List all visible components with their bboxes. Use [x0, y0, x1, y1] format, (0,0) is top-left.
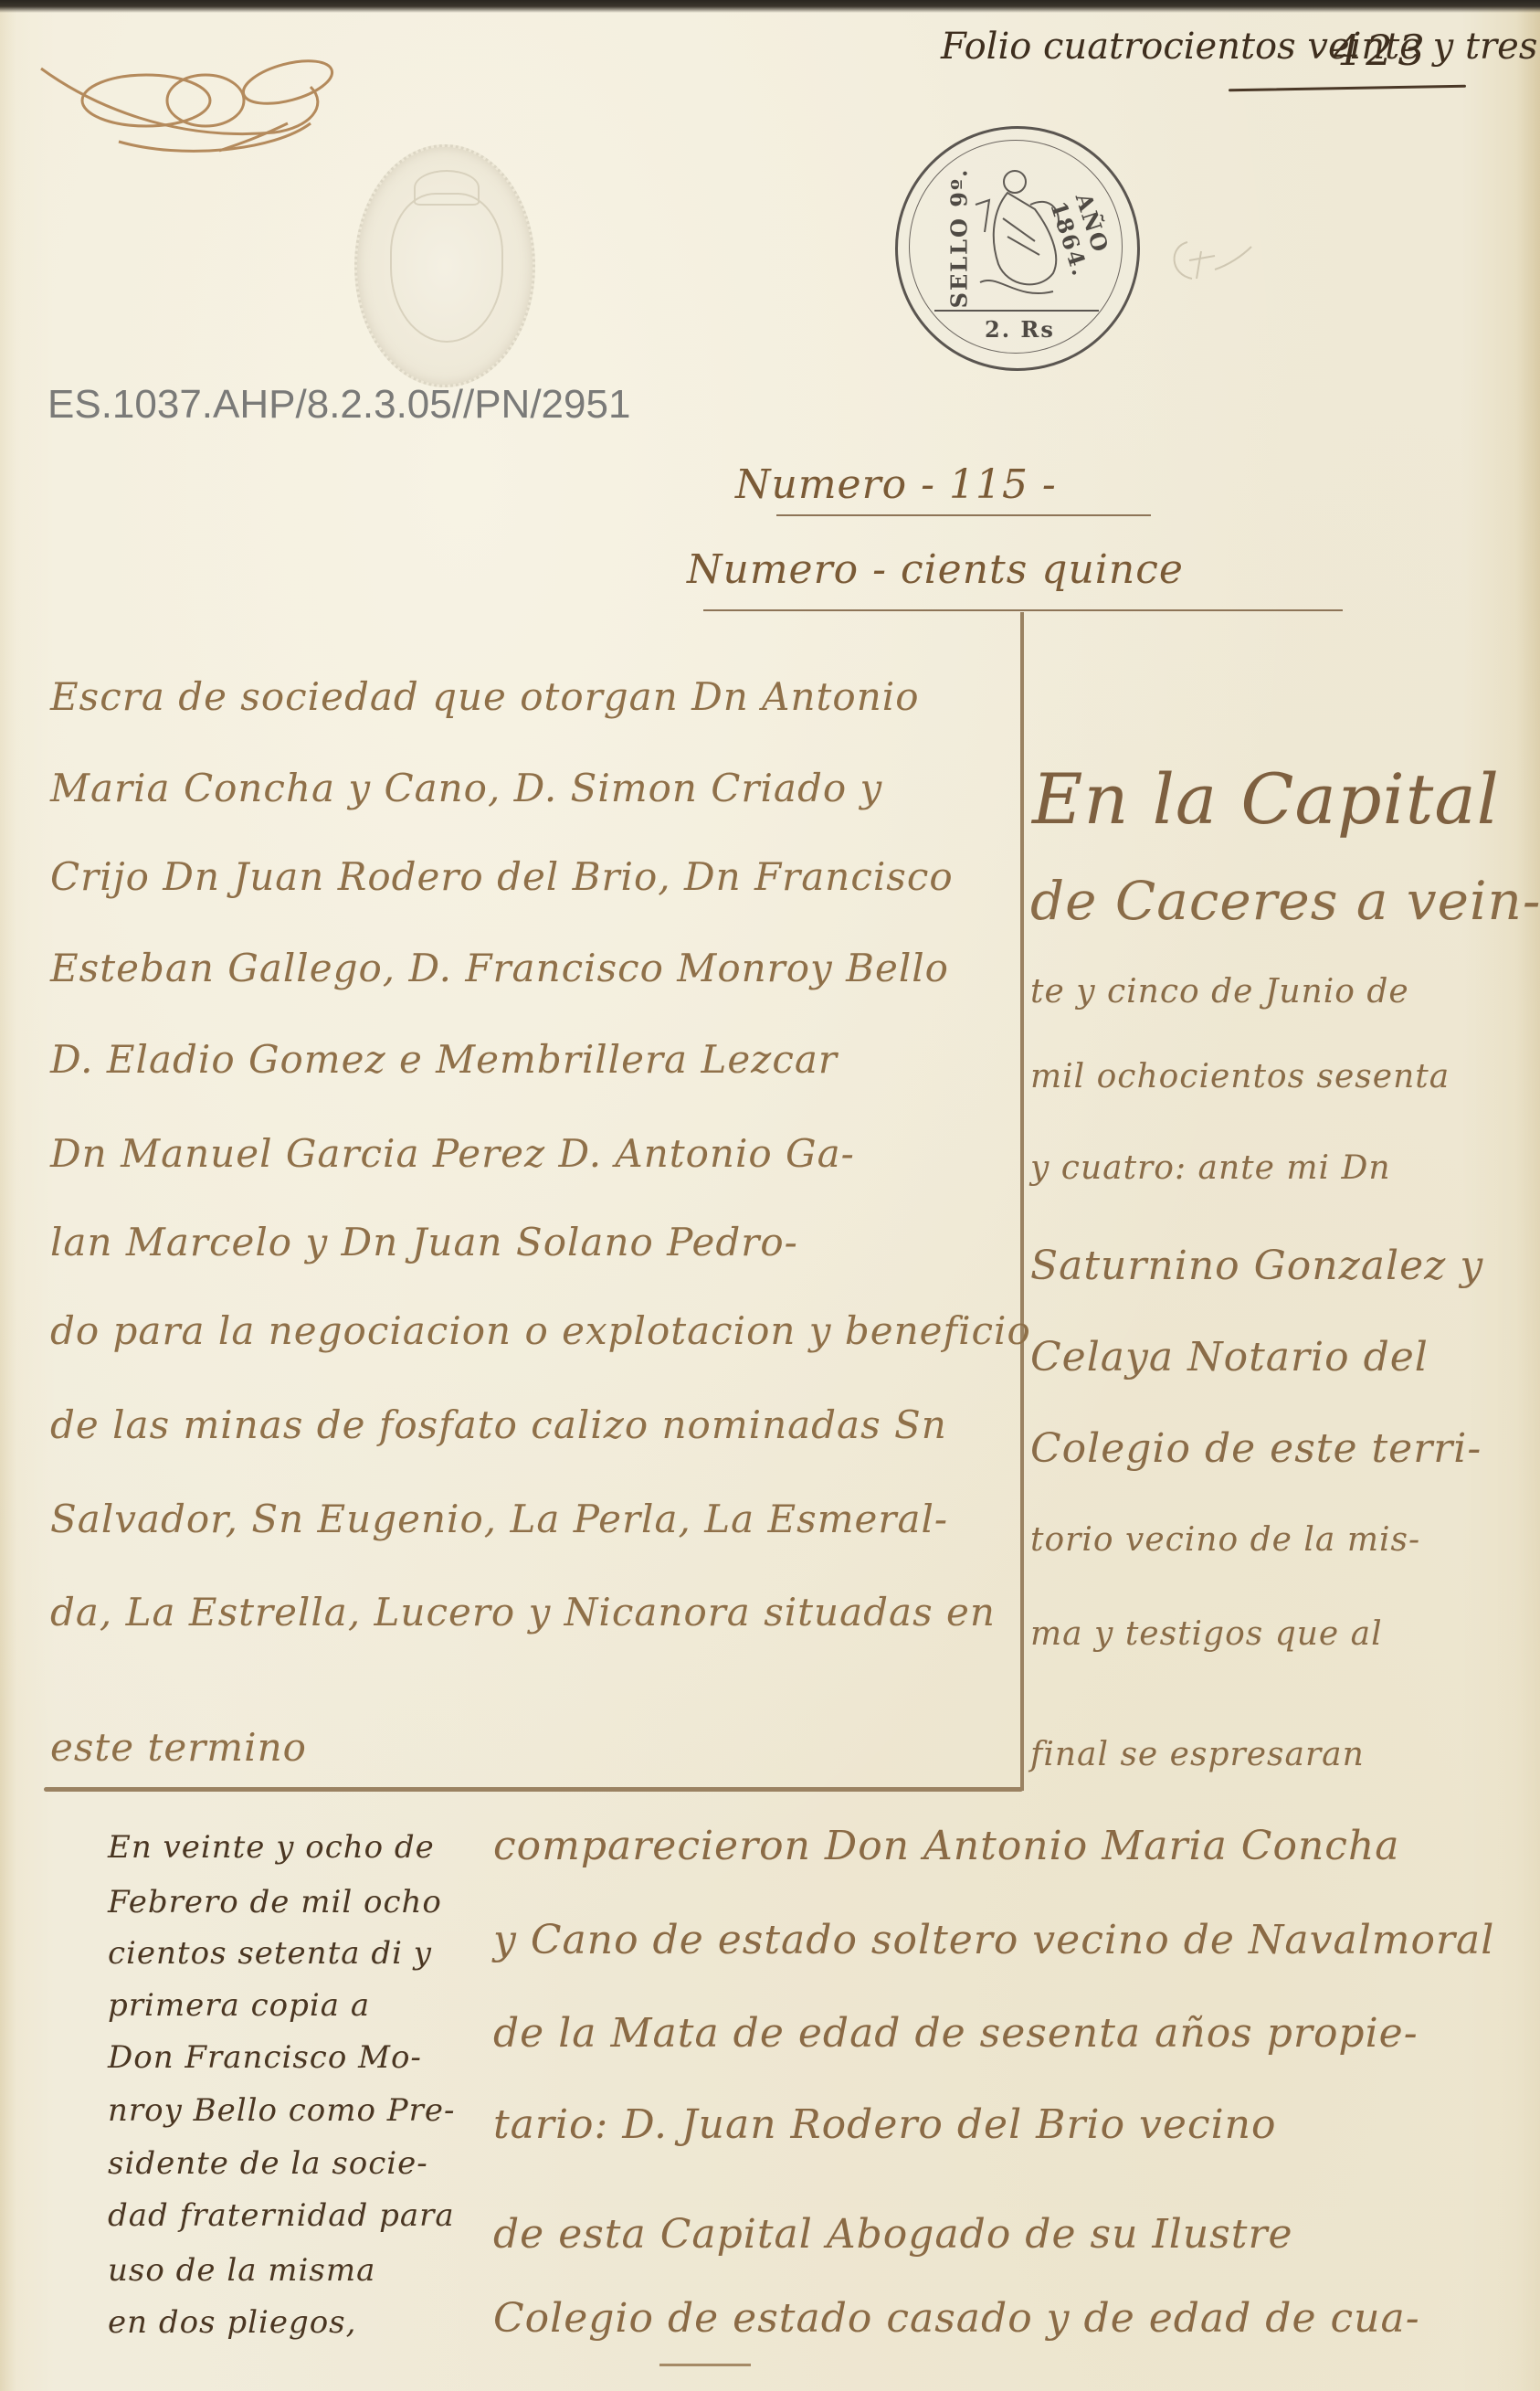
margin-note-line: nroy Bello como Pre- — [108, 2092, 456, 2129]
right-column-line: En la Capital — [1032, 758, 1500, 840]
margin-note-line: en dos pliegos, — [108, 2304, 356, 2341]
summary-line: Dn Manuel Garcia Perez D. Antonio Ga- — [50, 1131, 855, 1176]
body-line: tario: D. Juan Rodero del Brio vecino — [493, 2101, 1277, 2148]
margin-note-line: primera copia a — [108, 1987, 370, 2024]
right-column-line: final se espresaran — [1030, 1736, 1365, 1773]
margin-note-line: Don Francisco Mo- — [108, 2039, 422, 2076]
coat-of-arms-emboss-icon — [390, 193, 503, 343]
scan-top-edge — [0, 0, 1540, 13]
right-column-line: Saturnino Gonzalez y — [1030, 1243, 1483, 1289]
summary-box-bottom-rule — [44, 1787, 1023, 1792]
tax-stamp: SELLO 9º. AÑO 1864. 2. Rs — [895, 126, 1140, 371]
right-column-line: Colegio de este terri- — [1030, 1425, 1482, 1472]
numero-figures-underline — [776, 514, 1151, 516]
right-column-line: torio vecino de la mis- — [1030, 1521, 1420, 1559]
notary-flourish-icon — [37, 50, 338, 169]
stamp-value-text: 2. Rs — [985, 316, 1055, 343]
body-line: y Cano de estado soltero vecino de Naval… — [493, 1917, 1494, 1963]
embossed-royal-seal — [354, 144, 535, 387]
summary-line: do para la negociacion o explotacion y b… — [50, 1308, 1031, 1353]
folio-underline — [1229, 85, 1466, 92]
margin-note-line: dad fraternidad para — [108, 2197, 455, 2234]
numero-words-underline — [703, 609, 1343, 611]
summary-line: Escra de sociedad que otorgan Dn Antonio — [50, 674, 920, 719]
margin-note-line: cientos setenta di y — [108, 1935, 432, 1972]
margin-note-line: Febrero de mil ocho — [108, 1884, 442, 1920]
body-line: de esta Capital Abogado de su Ilustre — [493, 2211, 1293, 2258]
summary-line: Esteban Gallego, D. Francisco Monroy Bel… — [50, 946, 949, 990]
manuscript-page: Folio cuatrocientos veinte y tres 423 SE… — [0, 0, 1540, 2391]
right-column-line: te y cinco de Junio de — [1030, 973, 1409, 1010]
numero-words: Numero - cients quince — [687, 546, 1184, 593]
right-column-line: de Caceres a vein- — [1030, 870, 1540, 932]
faint-pencil-mark-icon — [1160, 228, 1260, 292]
summary-line: Salvador, Sn Eugenio, La Perla, La Esmer… — [50, 1497, 948, 1541]
right-column-line: Celaya Notario del — [1030, 1334, 1429, 1381]
margin-note-line: sidente de la socie- — [108, 2145, 428, 2182]
numero-figures: Numero - 115 - — [735, 461, 1057, 508]
body-line: Colegio de estado casado y de edad de cu… — [493, 2295, 1420, 2342]
summary-line: Crijo Dn Juan Rodero del Brio, Dn Franci… — [50, 854, 954, 899]
summary-line: Maria Concha y Cano, D. Simon Criado y — [50, 766, 882, 810]
body-line: comparecieron Don Antonio Maria Concha — [493, 1823, 1400, 1869]
summary-line: de las minas de fosfato calizo nominadas… — [50, 1402, 947, 1447]
stamp-divider — [934, 310, 1099, 312]
margin-note-line: En veinte y ocho de — [108, 1829, 435, 1866]
summary-line: este termino — [50, 1725, 307, 1770]
summary-line: D. Eladio Gomez e Membrillera Lezcar — [50, 1037, 838, 1082]
right-column-line: mil ochocientos sesenta — [1030, 1058, 1450, 1095]
folio-number: 423 — [1334, 26, 1430, 75]
right-column-line: y cuatro: ante mi Dn — [1030, 1149, 1391, 1187]
summary-line: da, La Estrella, Lucero y Nicanora situa… — [50, 1590, 996, 1635]
margin-note-line: uso de la misma — [108, 2252, 375, 2289]
summary-box-right-rule — [1020, 612, 1024, 1791]
stamp-sello-text: SELLO 9º. — [945, 168, 972, 309]
right-column-line: ma y testigos que al — [1030, 1615, 1383, 1653]
summary-line: lan Marcelo y Dn Juan Solano Pedro- — [50, 1220, 798, 1264]
body-line: de la Mata de edad de sesenta años propi… — [493, 2010, 1419, 2057]
folio-text: Folio cuatrocientos veinte y tres — [941, 26, 1537, 68]
line-filler-rule — [659, 2364, 751, 2366]
archive-reference: ES.1037.AHP/8.2.3.05//PN/2951 — [47, 382, 630, 428]
